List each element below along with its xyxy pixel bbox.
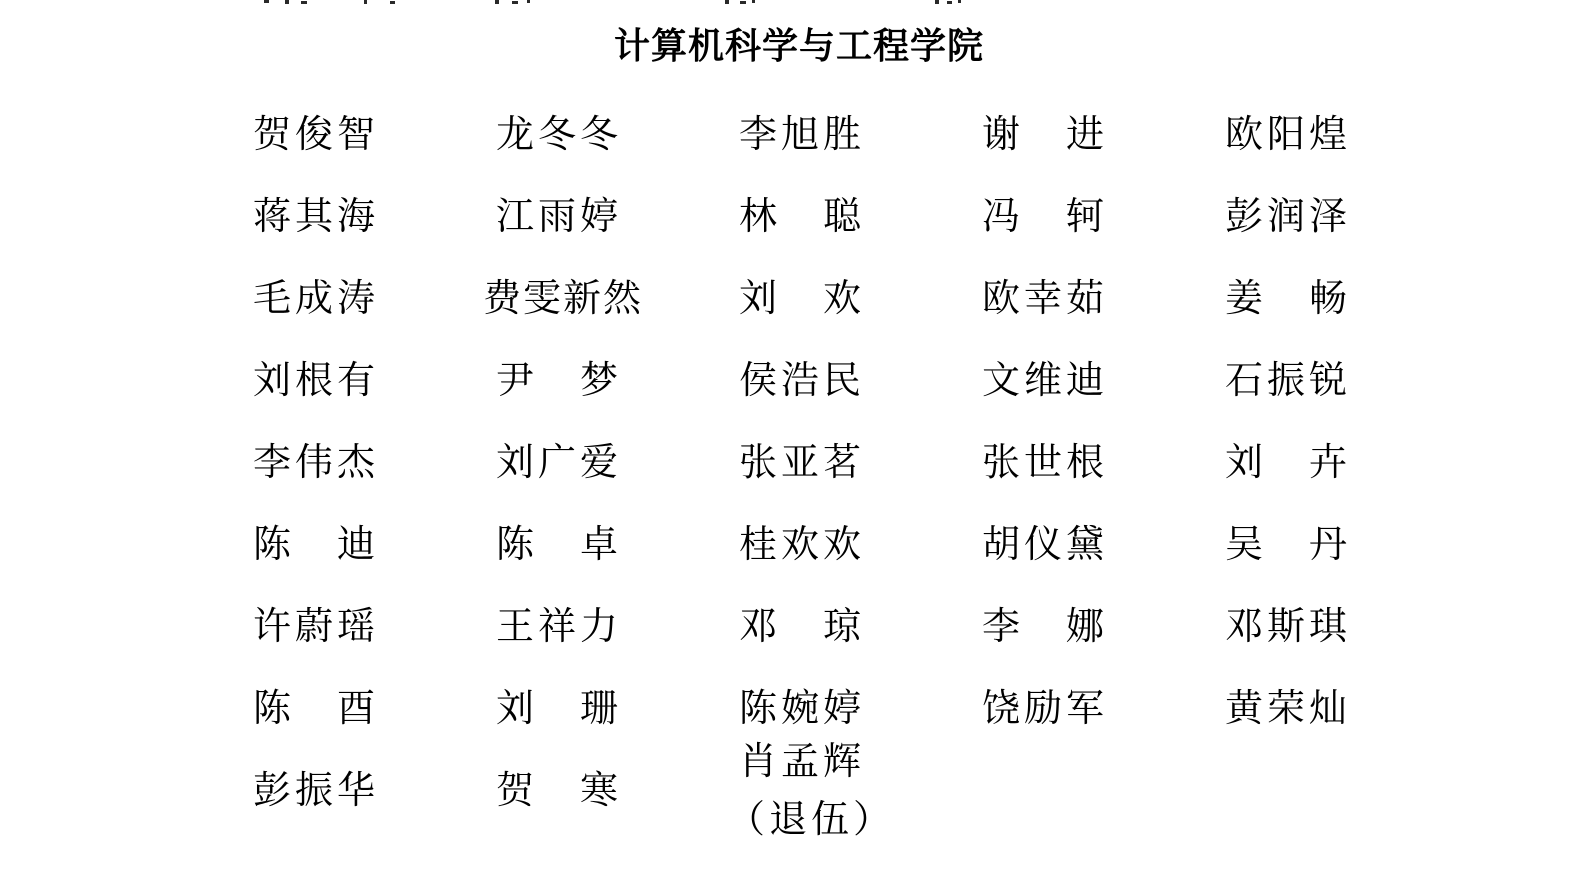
roster-name-cell: 陈 卓 [496, 516, 618, 574]
roster-name-cell: 陈 迪 [253, 516, 375, 574]
roster-name-cell: 刘 欢 [739, 270, 861, 328]
person-name: 刘 欢 [739, 270, 861, 328]
person-name: 刘根有 [253, 352, 375, 410]
person-name: 陈婉婷 [739, 680, 861, 738]
person-name: 贺 寒 [496, 762, 618, 820]
roster-name-cell: 彭润泽 [1225, 188, 1347, 246]
person-name: 姜 畅 [1225, 270, 1347, 328]
person-name: 胡仪黛 [982, 516, 1104, 574]
person-name: 吴 丹 [1225, 516, 1347, 574]
roster-name-cell: 刘 珊 [496, 680, 618, 738]
page-content: 计算机科学与工程学院 贺俊智龙冬冬李旭胜谢 进欧阳煌蒋其海江雨婷林 聪冯 轲彭润… [253, 0, 1345, 832]
roster-name-cell: 陈 酉 [253, 680, 375, 738]
person-name: 文维迪 [982, 352, 1104, 410]
roster-name-cell: 侯浩民 [739, 352, 861, 410]
name-roster-grid: 贺俊智龙冬冬李旭胜谢 进欧阳煌蒋其海江雨婷林 聪冯 轲彭润泽毛成涛费雯新然刘 欢… [253, 94, 1345, 832]
roster-name-cell: 刘根有 [253, 352, 375, 410]
person-name: 王祥力 [496, 598, 618, 656]
roster-name-cell: 胡仪黛 [982, 516, 1104, 574]
person-name: 刘广爱 [496, 434, 618, 492]
person-name: 贺俊智 [253, 106, 375, 164]
person-name: 毛成涛 [253, 270, 375, 328]
roster-name-cell: 李伟杰 [253, 434, 375, 492]
roster-name-cell: 贺 寒 [496, 762, 618, 820]
person-name: 陈 卓 [496, 516, 618, 574]
roster-name-cell: 张世根 [982, 434, 1104, 492]
roster-name-cell: 刘广爱 [496, 434, 618, 492]
roster-name-cell: 李旭胜 [739, 106, 861, 164]
person-name: 彭润泽 [1225, 188, 1347, 246]
roster-name-cell: 欧幸茹 [982, 270, 1104, 328]
roster-name-cell: 文维迪 [982, 352, 1104, 410]
roster-name-cell: 费雯新然 [496, 270, 618, 328]
college-title: 计算机科学与工程学院 [253, 0, 1345, 66]
roster-name-cell: 张亚茗 [739, 434, 861, 492]
document-page: { "document": { "title": "计算机科学与工程学院" },… [0, 0, 1584, 884]
person-name: 饶励军 [982, 680, 1104, 738]
person-name: 邓 琼 [739, 598, 861, 656]
person-name: 陈 迪 [253, 516, 375, 574]
person-name: 刘 珊 [496, 680, 618, 738]
person-name: 刘 卉 [1225, 434, 1347, 492]
person-name: 欧幸茹 [982, 270, 1104, 328]
status-note: （退伍） [727, 791, 861, 849]
roster-name-cell: 吴 丹 [1225, 516, 1347, 574]
person-name: 费雯新然 [483, 270, 618, 328]
roster-name-cell: 陈婉婷 [739, 680, 861, 738]
roster-name-cell: 王祥力 [496, 598, 618, 656]
person-name: 彭振华 [253, 762, 375, 820]
roster-name-cell: 谢 进 [982, 106, 1104, 164]
person-name: 李旭胜 [739, 106, 861, 164]
person-name: 张亚茗 [739, 434, 861, 492]
roster-name-cell: 冯 轲 [982, 188, 1104, 246]
person-name: 石振锐 [1225, 352, 1347, 410]
roster-name-cell: 江雨婷 [496, 188, 618, 246]
roster-name-cell: 贺俊智 [253, 106, 375, 164]
person-name: 李伟杰 [253, 434, 375, 492]
person-name: 李 娜 [982, 598, 1104, 656]
person-name: 林 聪 [739, 188, 861, 246]
person-name: 肖孟辉 [739, 733, 861, 791]
person-name: 冯 轲 [982, 188, 1104, 246]
roster-name-cell: 饶励军 [982, 680, 1104, 738]
person-name: 桂欢欢 [739, 516, 861, 574]
person-name: 陈 酉 [253, 680, 375, 738]
person-name: 江雨婷 [496, 188, 618, 246]
roster-name-cell: 邓斯琪 [1225, 598, 1347, 656]
roster-name-cell: 龙冬冬 [496, 106, 618, 164]
roster-name-cell: 欧阳煌 [1225, 106, 1347, 164]
roster-name-cell: 肖孟辉（退伍） [739, 733, 861, 849]
person-name: 黄荣灿 [1225, 680, 1347, 738]
person-name: 尹 梦 [496, 352, 618, 410]
person-name: 欧阳煌 [1225, 106, 1347, 164]
roster-name-cell: 黄荣灿 [1225, 680, 1347, 738]
person-name: 侯浩民 [739, 352, 861, 410]
roster-name-cell: 桂欢欢 [739, 516, 861, 574]
roster-name-cell: 林 聪 [739, 188, 861, 246]
person-name: 蒋其海 [253, 188, 375, 246]
person-name: 许蔚瑶 [253, 598, 375, 656]
roster-name-cell: 毛成涛 [253, 270, 375, 328]
roster-name-cell: 姜 畅 [1225, 270, 1347, 328]
roster-name-cell: 许蔚瑶 [253, 598, 375, 656]
roster-name-cell: 尹 梦 [496, 352, 618, 410]
person-name: 邓斯琪 [1225, 598, 1347, 656]
roster-name-cell: 李 娜 [982, 598, 1104, 656]
roster-name-cell: 彭振华 [253, 762, 375, 820]
person-name: 谢 进 [982, 106, 1104, 164]
roster-name-cell: 蒋其海 [253, 188, 375, 246]
person-name: 龙冬冬 [496, 106, 618, 164]
roster-name-cell: 刘 卉 [1225, 434, 1347, 492]
roster-name-cell: 石振锐 [1225, 352, 1347, 410]
person-name: 张世根 [982, 434, 1104, 492]
roster-name-cell: 邓 琼 [739, 598, 861, 656]
